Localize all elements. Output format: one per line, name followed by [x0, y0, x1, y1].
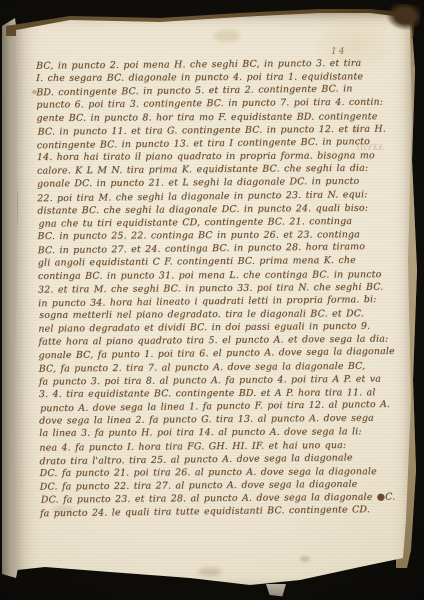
- page-corner-curl: [385, 2, 422, 31]
- text-line: DC. fa puncto 21. poi tira 26. al puncto…: [40, 465, 400, 480]
- text-line: 14. hora hai tirato il piano quadrato in…: [37, 149, 397, 164]
- manuscript-page: 14 XXVIII BC, in puncto 2. poi mena H. c…: [12, 8, 414, 592]
- page-bottom-tab: [266, 584, 286, 597]
- text-line: fa puncto 24. le quali tira tutte equidi…: [40, 503, 400, 521]
- stain: [214, 30, 240, 42]
- manuscript-text: BC, in puncto 2. poi mena H. che seghi B…: [36, 56, 400, 520]
- folio-number: 14: [331, 47, 346, 57]
- text-line: sogna metterli nel piano degradato. tira…: [39, 307, 398, 322]
- text-line: gente BC. in puncto 8. hor tira mo F. eq…: [36, 110, 396, 125]
- text-line: continga BC. in puncto 31. poi mena L. c…: [38, 268, 398, 283]
- stain: [300, 556, 310, 562]
- text-line: la linea 3. fa punto H. poi tira 14. al …: [39, 425, 399, 440]
- stain: [198, 568, 222, 576]
- photographed-manuscript: 14 XXVIII BC, in puncto 2. poi mena H. c…: [0, 0, 424, 600]
